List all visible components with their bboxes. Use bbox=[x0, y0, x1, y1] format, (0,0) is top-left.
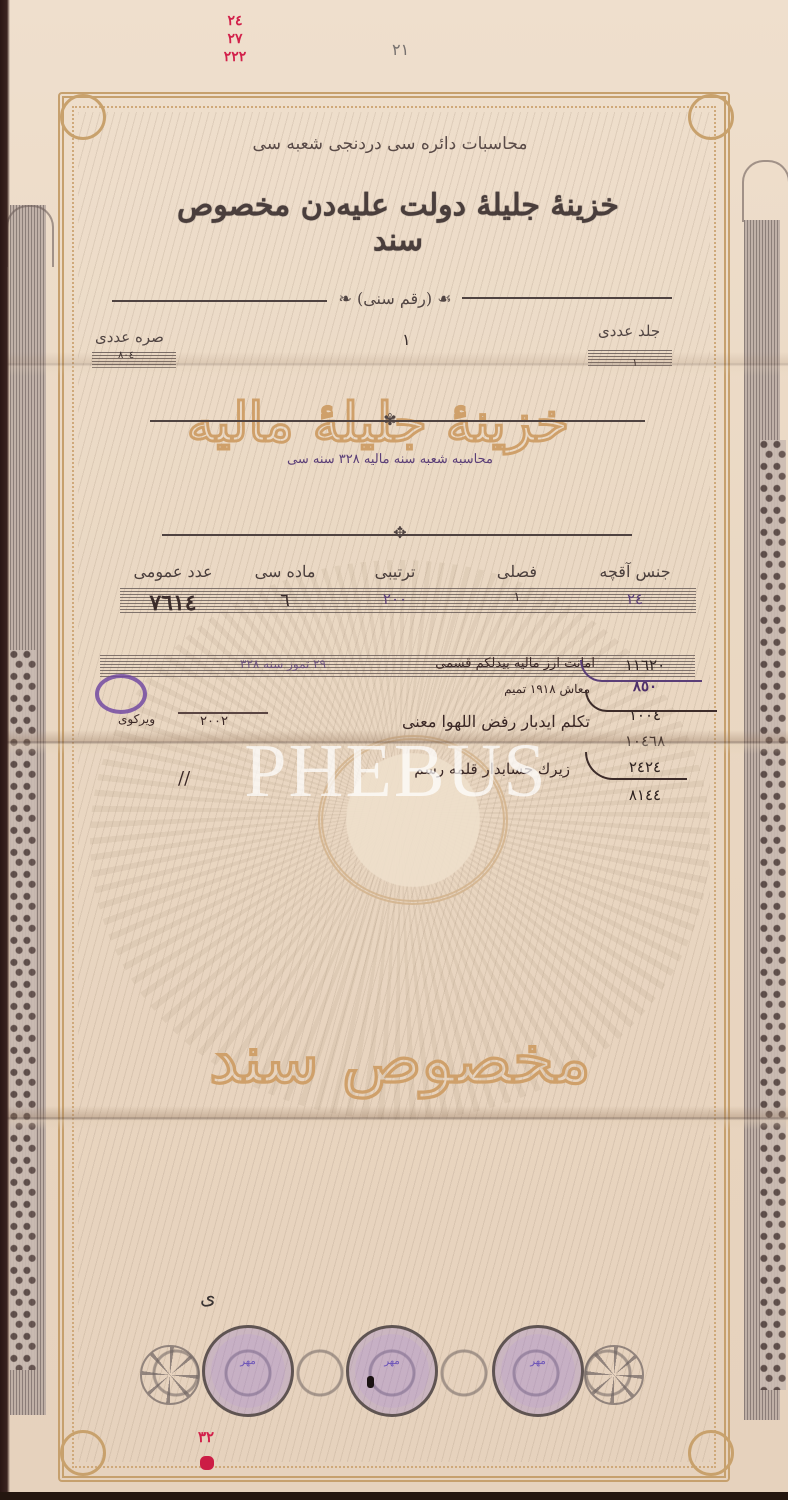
gold-calligraphy-bottom: مخصوص سند bbox=[130, 1020, 670, 1098]
divider-rule bbox=[462, 297, 672, 299]
paper-fold bbox=[0, 352, 788, 376]
dash-amount: ٢٠٠٢ bbox=[200, 714, 228, 729]
red-ink-line: ٢٤ bbox=[205, 12, 265, 30]
office-heading: محاسبات دائره سی دردنجی شعبه سی bbox=[250, 134, 530, 154]
ledger-line: معاش ١٩١٨ تمیم bbox=[440, 682, 590, 696]
seal-text: مهر bbox=[213, 1356, 283, 1367]
left-arabesque-border bbox=[10, 650, 36, 1370]
column-article: ماده سی bbox=[230, 562, 340, 581]
pencil-check-mark: ی bbox=[200, 1285, 216, 1309]
seal-center: مهر bbox=[346, 1325, 438, 1417]
value-order: ٢٠٠ bbox=[340, 590, 450, 608]
ornament-right-icon: ) ☙ bbox=[426, 289, 452, 308]
corner-knot-icon bbox=[688, 94, 734, 140]
volume-number-label: جلد عددی bbox=[598, 322, 660, 340]
right-arabesque-border bbox=[760, 440, 786, 1390]
seal-band: مهر مهر مهر bbox=[140, 1325, 640, 1425]
rule-ornament-icon: ✾ bbox=[360, 410, 420, 429]
scan-bottom-edge bbox=[0, 1492, 788, 1500]
paper-fold bbox=[0, 1106, 788, 1130]
value-currency-type: ٢٤ bbox=[580, 590, 690, 608]
red-ink-line: ٢٢٢ bbox=[205, 48, 265, 66]
document-title: خزینهٔ جلیلهٔ دولت علیه‌دن مخصوص سند bbox=[148, 188, 648, 258]
purple-date-stamp: ٢٩ تموز سنه ٣٢٨ bbox=[240, 657, 326, 671]
double-stroke-mark: // bbox=[178, 768, 190, 789]
rule-ornament-icon: ✥ bbox=[370, 523, 430, 542]
column-general-number: عدد عمومی bbox=[118, 562, 228, 581]
ledger-amount: ٨١٤٤ bbox=[600, 786, 690, 804]
bundle-number-label: صره عددی bbox=[95, 328, 164, 346]
document-paper: ٢٤ ٢٧ ٢٢٢ ٢١ محاسبات دائره سی دردنجی شعب… bbox=[0, 0, 788, 1492]
rosette-icon bbox=[584, 1345, 644, 1405]
series-label: رقم سنی bbox=[363, 289, 426, 308]
seal-text: مهر bbox=[357, 1356, 427, 1367]
red-ink-annotation: ٢٤ ٢٧ ٢٢٢ bbox=[205, 12, 265, 66]
red-ink-bottom: ٣٢ bbox=[198, 1428, 214, 1446]
center-digit: ١ bbox=[402, 330, 411, 349]
column-order: ترتیبی bbox=[340, 562, 450, 581]
corner-knot-icon bbox=[60, 94, 106, 140]
sum-bracket bbox=[585, 752, 687, 780]
value-article: ٦ bbox=[230, 590, 340, 611]
corner-knot-icon bbox=[688, 1430, 734, 1476]
red-ink-blot bbox=[200, 1456, 214, 1470]
column-currency-type: جنس آقچه bbox=[580, 562, 690, 581]
sum-bracket bbox=[580, 660, 702, 682]
purple-oval-stamp bbox=[95, 674, 147, 714]
rosette-icon bbox=[140, 1345, 200, 1405]
red-ink-line: ٢٧ bbox=[205, 30, 265, 48]
sum-bracket bbox=[585, 690, 717, 712]
ink-blot bbox=[367, 1376, 374, 1388]
seal-left: مهر bbox=[202, 1325, 294, 1417]
pencil-number: ٢١ bbox=[392, 40, 409, 59]
divider-rule bbox=[112, 300, 327, 302]
left-ornament-cap bbox=[6, 205, 54, 267]
margin-note: ویرکوی bbox=[118, 712, 155, 726]
watermark: PHEBUS bbox=[206, 728, 586, 815]
seal-text: مهر bbox=[503, 1356, 573, 1367]
series-ornament: ❧ (رقم سنی) ☙ bbox=[328, 289, 462, 308]
ornament-left-icon: ❧ ( bbox=[338, 289, 363, 308]
column-chapter: فصلی bbox=[462, 562, 572, 581]
purple-entry-line: محاسبه شعبه سنه مالیه ٣٢٨ سنه سی bbox=[240, 452, 540, 467]
value-chapter: ١ bbox=[462, 590, 572, 605]
right-ornament-cap bbox=[742, 160, 788, 222]
seal-right: مهر bbox=[492, 1325, 584, 1417]
corner-knot-icon bbox=[60, 1430, 106, 1476]
value-general-number: ٧٦١٤ bbox=[118, 590, 228, 616]
scan-edge bbox=[0, 0, 10, 1500]
ledger-line: امانت ارز مالیه بیدلکم قسمی bbox=[355, 656, 595, 671]
